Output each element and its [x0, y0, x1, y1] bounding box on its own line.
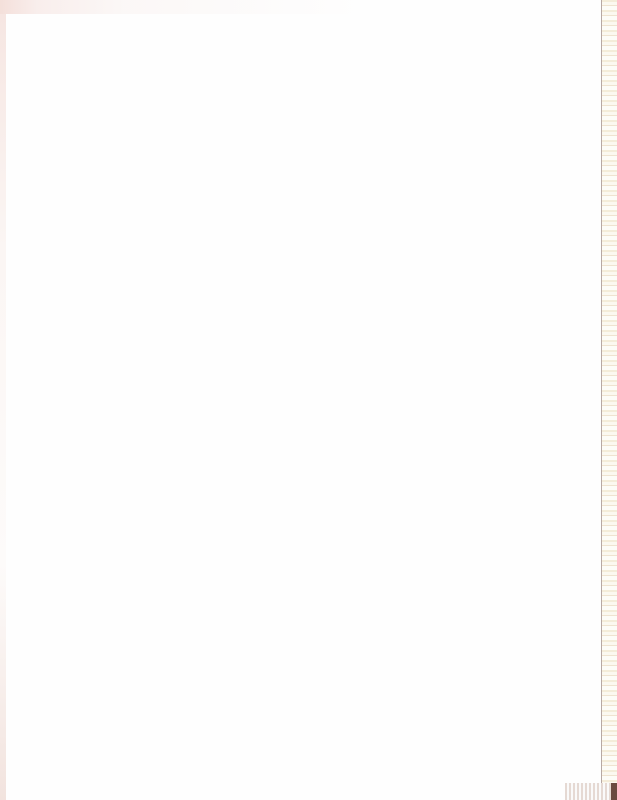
book-gutter	[601, 0, 617, 800]
scan-edge-top	[0, 0, 617, 14]
page-stack-edge	[565, 783, 617, 800]
scan-edge-left	[0, 14, 6, 800]
